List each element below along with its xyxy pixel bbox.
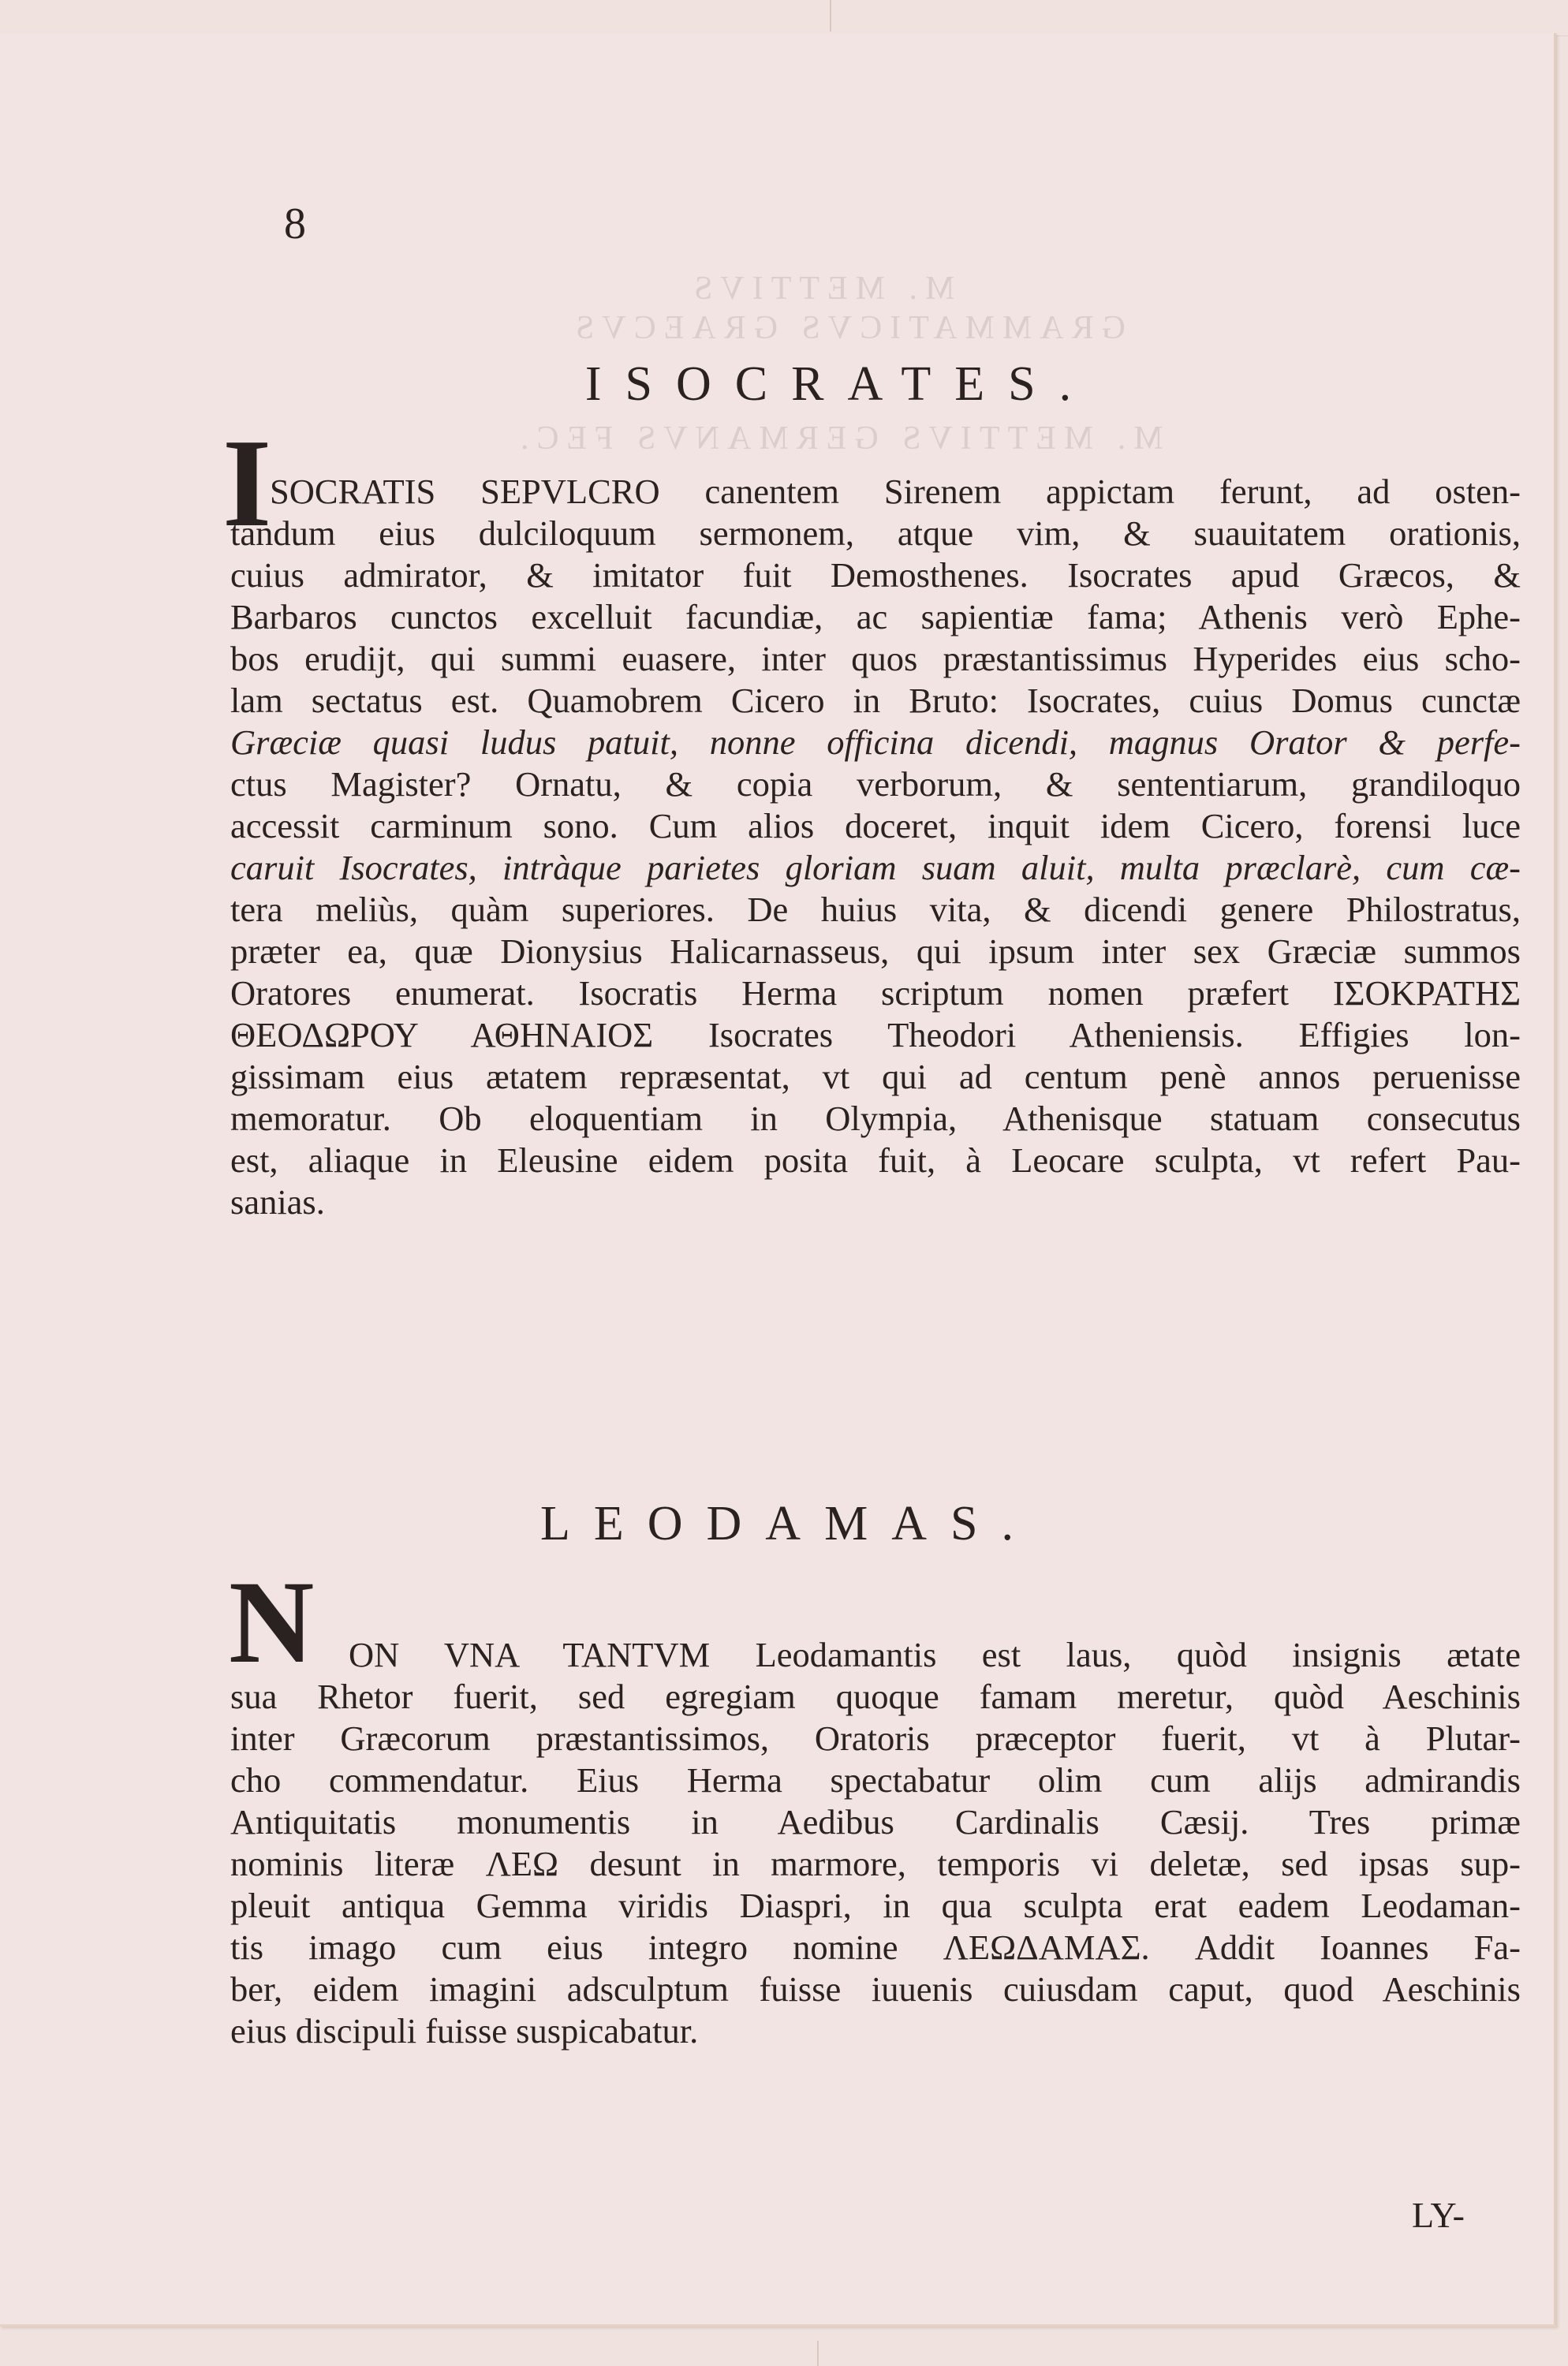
- text-line: Barbaros cunctos excelluit facundiæ, ac …: [230, 596, 1521, 638]
- text-line: SOCRATIS SEPVLCRO canentem Sirenem appic…: [230, 471, 1521, 513]
- text-line: memoratur. Ob eloquentiam in Olympia, At…: [230, 1098, 1521, 1140]
- text-line: bos erudijt, qui summi euasere, inter qu…: [230, 638, 1521, 680]
- text-line: sua Rhetor fuerit, sed egregiam quoque f…: [230, 1676, 1521, 1718]
- text-line: tis imago cum eius integro nomine ΛΕΩΔΑΜ…: [230, 1927, 1521, 1969]
- text-line: cho commendatur. Eius Herma spectabatur …: [230, 1760, 1521, 1801]
- text-line: est, aliaque in Eleusine eidem posita fu…: [230, 1140, 1521, 1181]
- text-line: caruit Isocrates, intràque parietes glor…: [230, 847, 1521, 889]
- text-line: inter Græcorum præstantissimos, Oratoris…: [230, 1718, 1521, 1760]
- text-line: Oratores enumerat. Isocratis Herma scrip…: [230, 972, 1521, 1014]
- bleed-through-text: M. METTIVS GERMANVS FEC.: [513, 420, 1163, 457]
- text-line: Antiquitatis monumentis in Aedibus Cardi…: [230, 1801, 1521, 1843]
- text-line: tera meliùs, quàm superiores. De huius v…: [230, 889, 1521, 931]
- text-line: gissimam eius ætatem repræsentat, vt qui…: [230, 1056, 1521, 1098]
- backdrop-gutter: [830, 0, 831, 32]
- text-line: præter ea, quæ Dionysius Halicarnasseus,…: [230, 931, 1521, 972]
- page-number: 8: [284, 199, 306, 249]
- text-line: nominis literæ ΛΕΩ desunt in marmore, te…: [230, 1843, 1521, 1885]
- isocrates-body: SOCRATIS SEPVLCRO canentem Sirenem appic…: [230, 471, 1521, 1223]
- text-line: Græciæ quasi ludus patuit, nonne officin…: [230, 722, 1521, 763]
- text-line: lam sectatus est. Quamobrem Cicero in Br…: [230, 680, 1521, 722]
- backdrop-gutter-bottom: [817, 2341, 819, 2366]
- bleed-through-text: M. METTIVS: [686, 270, 954, 308]
- section-heading-isocrates: ISOCRATES.: [0, 356, 1554, 412]
- text-line: ctus Magister? Ornatu, & copia verborum,…: [230, 763, 1521, 805]
- text-line: ber, eidem imagini adsculptum fuisse iuu…: [230, 1969, 1521, 2010]
- text-line: cuius admirator, & imitator fuit Demosth…: [230, 554, 1521, 596]
- text-line: ON VNA TANTVM Leodamantis est laus, quòd…: [230, 1634, 1521, 1676]
- text-line: tandum eius dulciloquum sermonem, atque …: [230, 513, 1521, 554]
- bleed-through-text: GRAMMATICVS GRAECVS: [568, 309, 1126, 347]
- text-line: eius discipuli fuisse suspicabatur.: [230, 2010, 1521, 2052]
- text-line: accessit carminum sono. Cum alios docere…: [230, 805, 1521, 847]
- leodamas-body: ON VNA TANTVM Leodamantis est laus, quòd…: [230, 1634, 1521, 2052]
- text-line: pleuit antiqua Gemma viridis Diaspri, in…: [230, 1885, 1521, 1927]
- catchword: LY-: [1412, 2194, 1465, 2236]
- book-page: M. METTIVS GRAMMATICVS GRAECVS M. METTIV…: [0, 33, 1556, 2327]
- section-heading-leodamas: LEODAMAS.: [0, 1496, 1554, 1552]
- backdrop-page-edge: [0, 0, 1568, 36]
- text-line: ΘΕΟΔΩΡΟΥ ΑΘΗΝΑΙΟΣ Isocrates Theodori Ath…: [230, 1014, 1521, 1056]
- text-line: sanias.: [230, 1181, 1521, 1223]
